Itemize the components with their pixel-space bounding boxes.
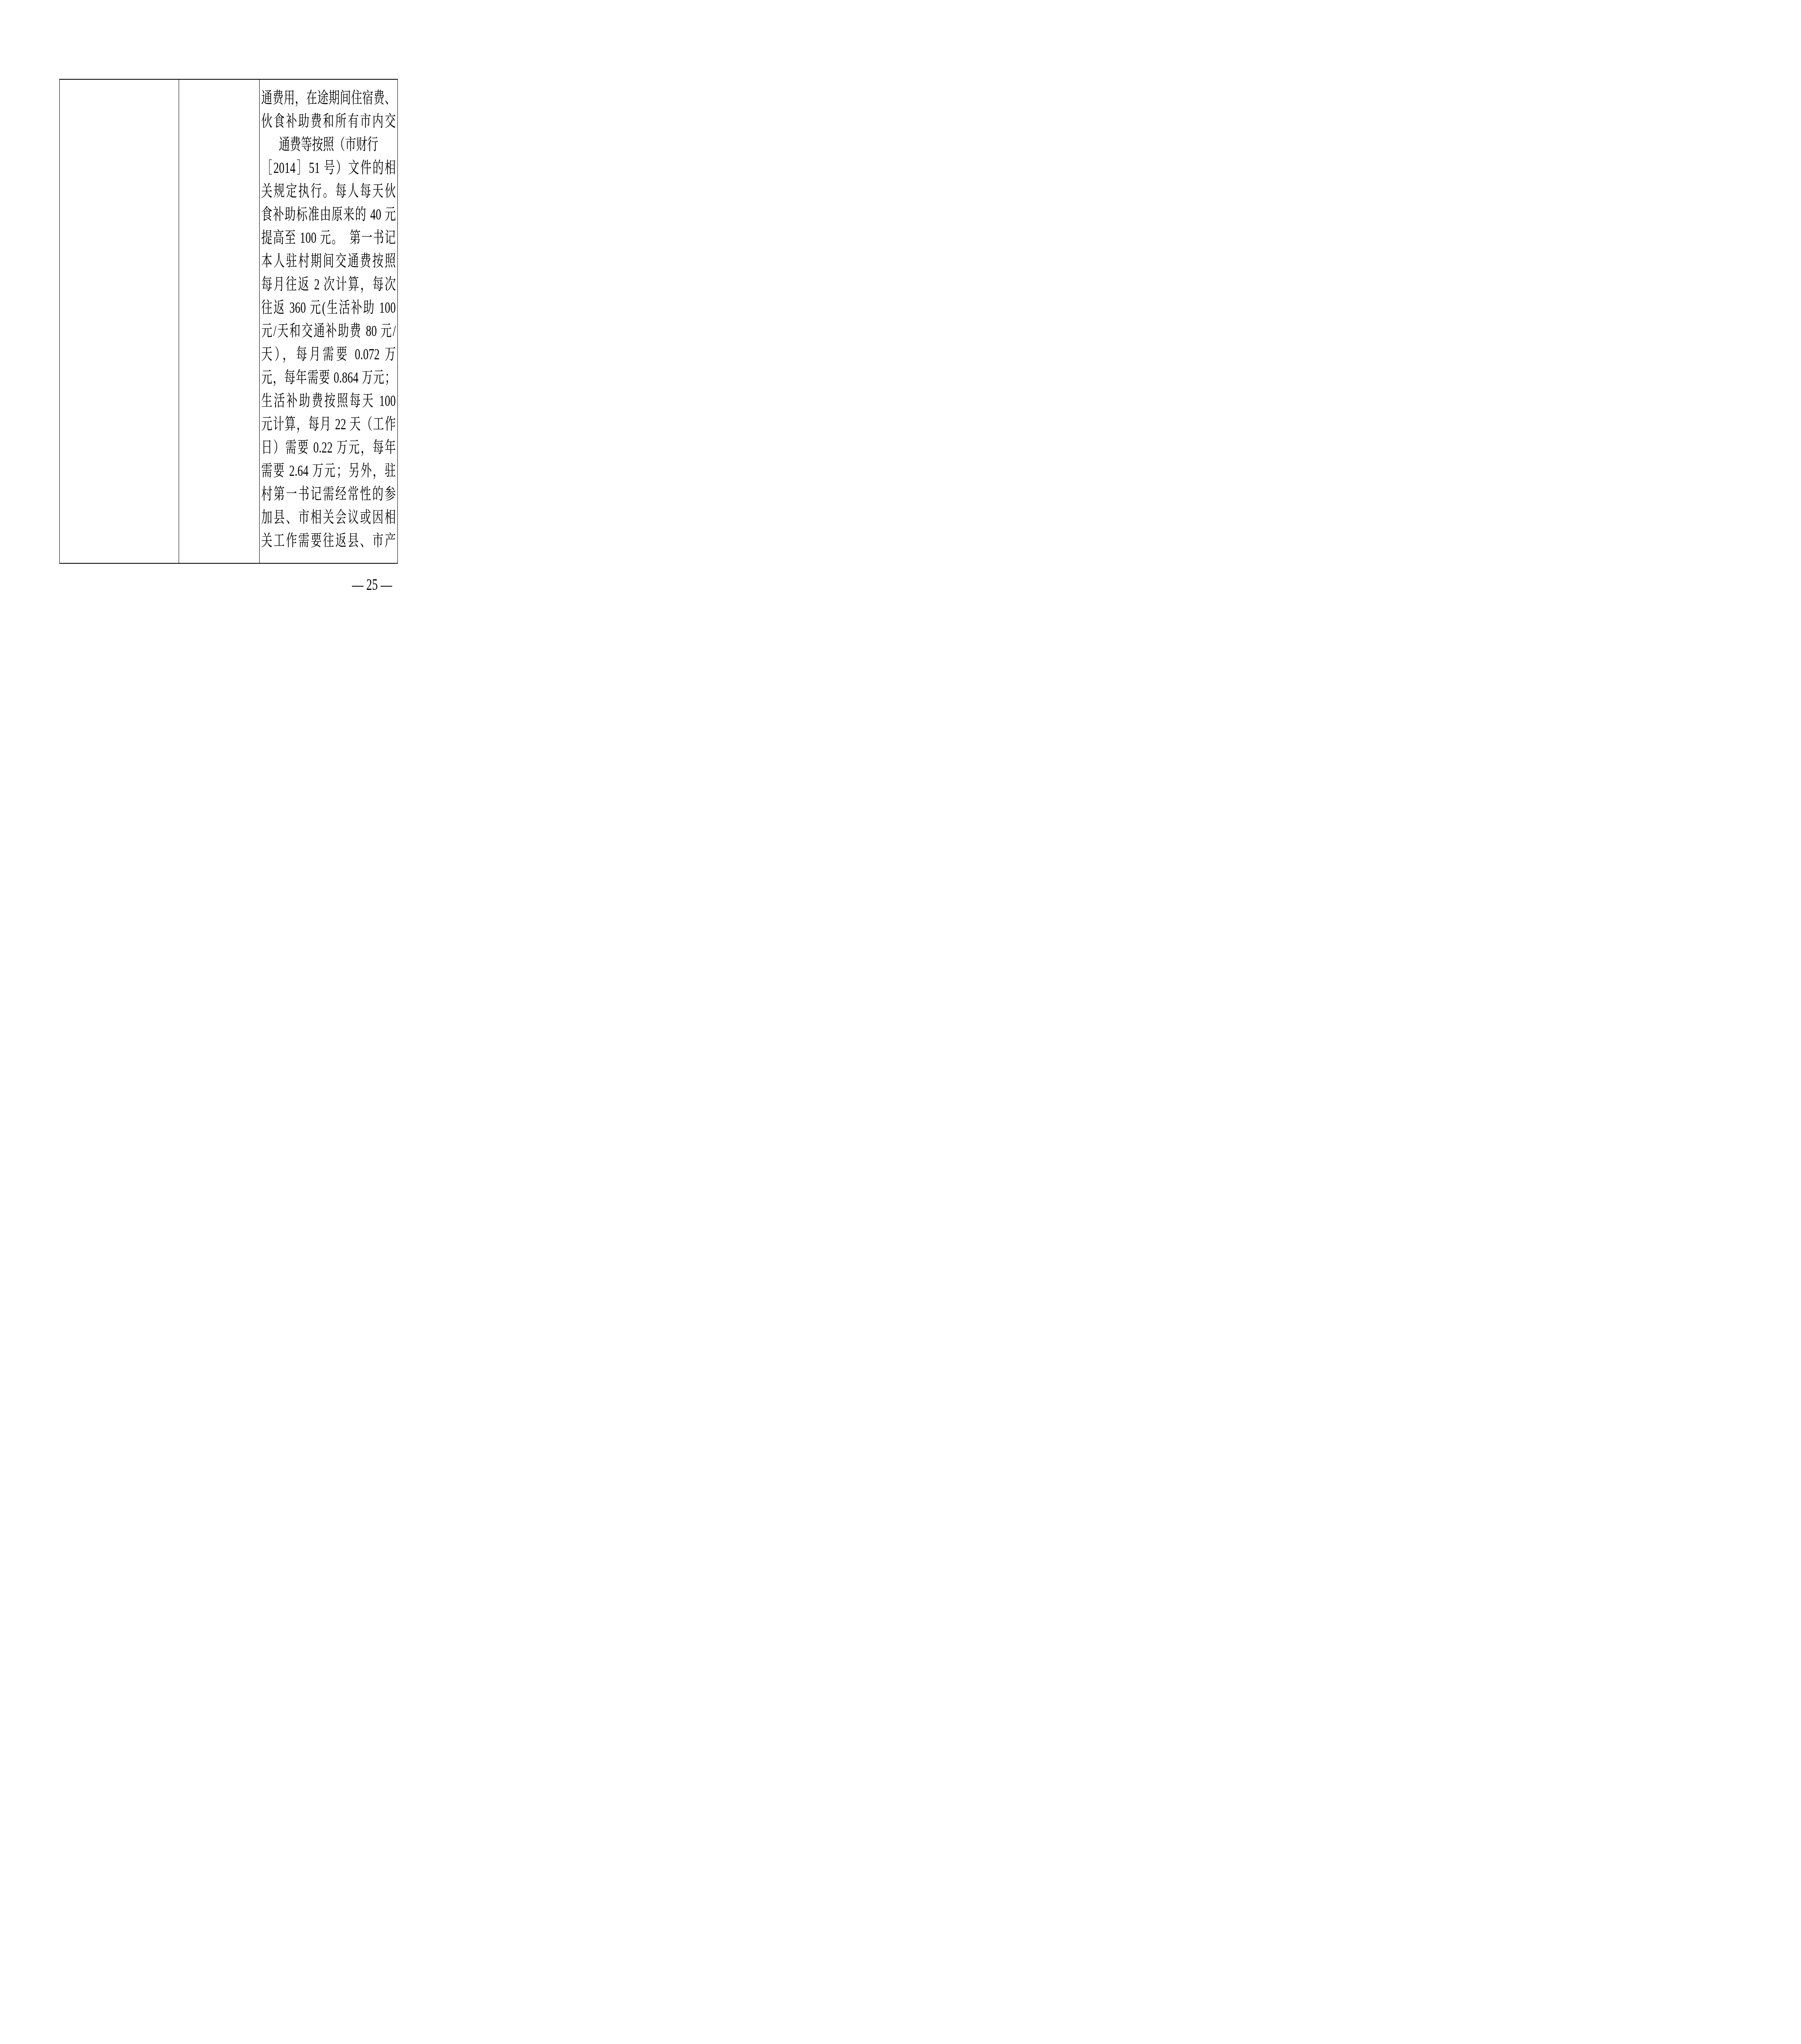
page-number: — 25 — xyxy=(352,574,392,597)
table-cell-col1-empty xyxy=(60,80,179,563)
document-page: 通费用，在途期间住宿费、伙食补助费和所有市内交通费等按照（市财行［2014］51… xyxy=(0,0,450,637)
table-text-line: 关工作需要往返县、市产 xyxy=(261,524,396,557)
expense-table: 通费用，在途期间住宿费、伙食补助费和所有市内交通费等按照（市财行［2014］51… xyxy=(59,79,398,564)
table-cell-col3-text: 通费用，在途期间住宿费、伙食补助费和所有市内交通费等按照（市财行［2014］51… xyxy=(260,80,397,563)
table-cell-col2-empty xyxy=(179,80,260,563)
